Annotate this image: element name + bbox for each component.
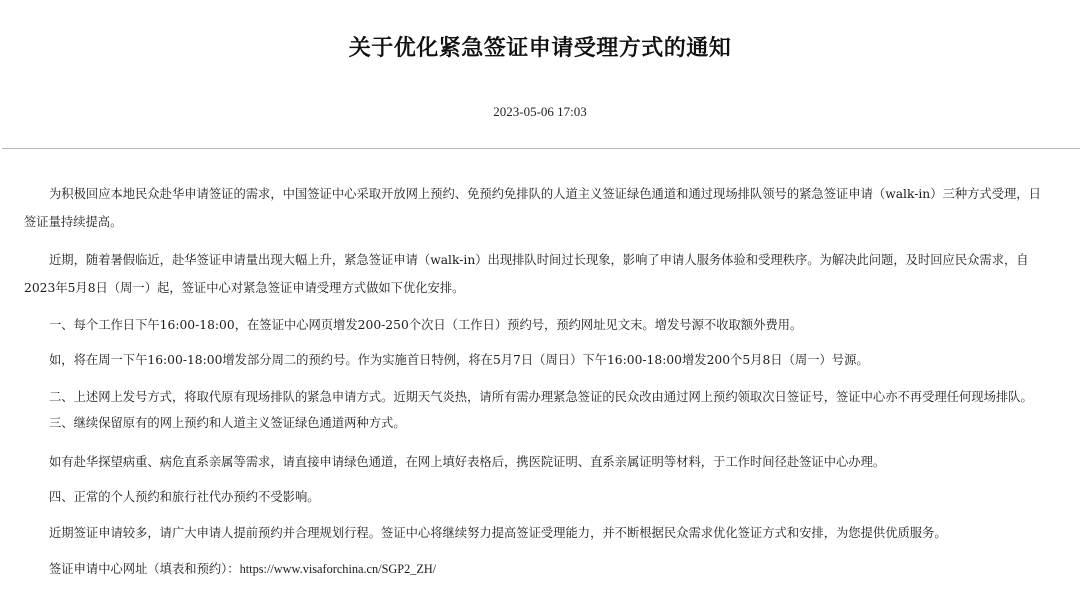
publish-date: 2023-05-06 17:03 xyxy=(0,102,1080,122)
visa-center-url-link[interactable]: https://www.visaforchina.cn/SGP2_ZH/ xyxy=(240,562,437,576)
paragraph-text: 三、继续保留原有的网上预约和人道主义签证绿色通道两种方式。 xyxy=(24,416,406,430)
paragraph-text: 为积极回应本地民众赴华申请签证的需求，中国签证中心采取开放网上预约、免预约免排队… xyxy=(24,187,1041,201)
paragraph-text: 近期签证申请较多，请广大申请人提前预约并合理规划行程。签证中心将继续努力提高签证… xyxy=(24,526,947,540)
paragraph-closing: 近期签证申请较多，请广大申请人提前预约并合理规划行程。签证中心将继续努力提高签证… xyxy=(24,519,1054,547)
header-divider xyxy=(2,148,1080,149)
paragraph-text: 一、每个工作日下午16:00-18:00，在签证中心网页增发200-250个次日… xyxy=(24,318,802,332)
paragraph-text: 二、上述网上发号方式，将取代原有现场排队的紧急申请方式。近期天气炎热，请所有需办… xyxy=(24,390,1033,404)
website-label: 签证申请中心网址（填表和预约）： xyxy=(24,562,240,576)
paragraph-recent-line2: 2023年5月8日（周一）起，签证中心对紧急签证申请受理方式做如下优化安排。 xyxy=(24,274,1054,302)
paragraph-green-channel: 如有赴华探望病重、病危直系亲属等需求，请直接申请绿色通道，在网上填好表格后，携医… xyxy=(24,448,1054,476)
paragraph-text: 四、正常的个人预约和旅行社代办预约不受影响。 xyxy=(24,490,320,504)
paragraph-recent-line1: 近期，随着暑假临近，赴华签证申请量出现大幅上升，紧急签证申请（walk-in）出… xyxy=(24,246,1054,274)
paragraph-example: 如，将在周一下午16:00-18:00增发部分周二的预约号。作为实施首日特例，将… xyxy=(24,346,1054,374)
paragraph-item-one: 一、每个工作日下午16:00-18:00，在签证中心网页增发200-250个次日… xyxy=(24,311,1054,339)
paragraph-intro-line1: 为积极回应本地民众赴华申请签证的需求，中国签证中心采取开放网上预约、免预约免排队… xyxy=(24,180,1054,208)
paragraph-text: 近期，随着暑假临近，赴华签证申请量出现大幅上升，紧急签证申请（walk-in）出… xyxy=(24,253,1029,267)
paragraph-text: 2023年5月8日（周一）起，签证中心对紧急签证申请受理方式做如下优化安排。 xyxy=(24,281,464,295)
paragraph-intro-line2: 签证量持续提高。 xyxy=(24,208,1054,236)
paragraph-text: 如，将在周一下午16:00-18:00增发部分周二的预约号。作为实施首日特例，将… xyxy=(24,353,869,367)
paragraph-item-three: 三、继续保留原有的网上预约和人道主义签证绿色通道两种方式。 xyxy=(24,409,1054,437)
paragraph-text: 如有赴华探望病重、病危直系亲属等需求，请直接申请绿色通道，在网上填好表格后，携医… xyxy=(24,455,885,469)
paragraph-item-four: 四、正常的个人预约和旅行社代办预约不受影响。 xyxy=(24,483,1054,511)
article-title: 关于优化紧急签证申请受理方式的通知 xyxy=(0,30,1080,66)
paragraph-item-two: 二、上述网上发号方式，将取代原有现场排队的紧急申请方式。近期天气炎热，请所有需办… xyxy=(24,383,1054,411)
paragraph-website: 签证申请中心网址（填表和预约）：https://www.visaforchina… xyxy=(24,555,1054,583)
paragraph-text: 签证量持续提高。 xyxy=(24,215,122,229)
